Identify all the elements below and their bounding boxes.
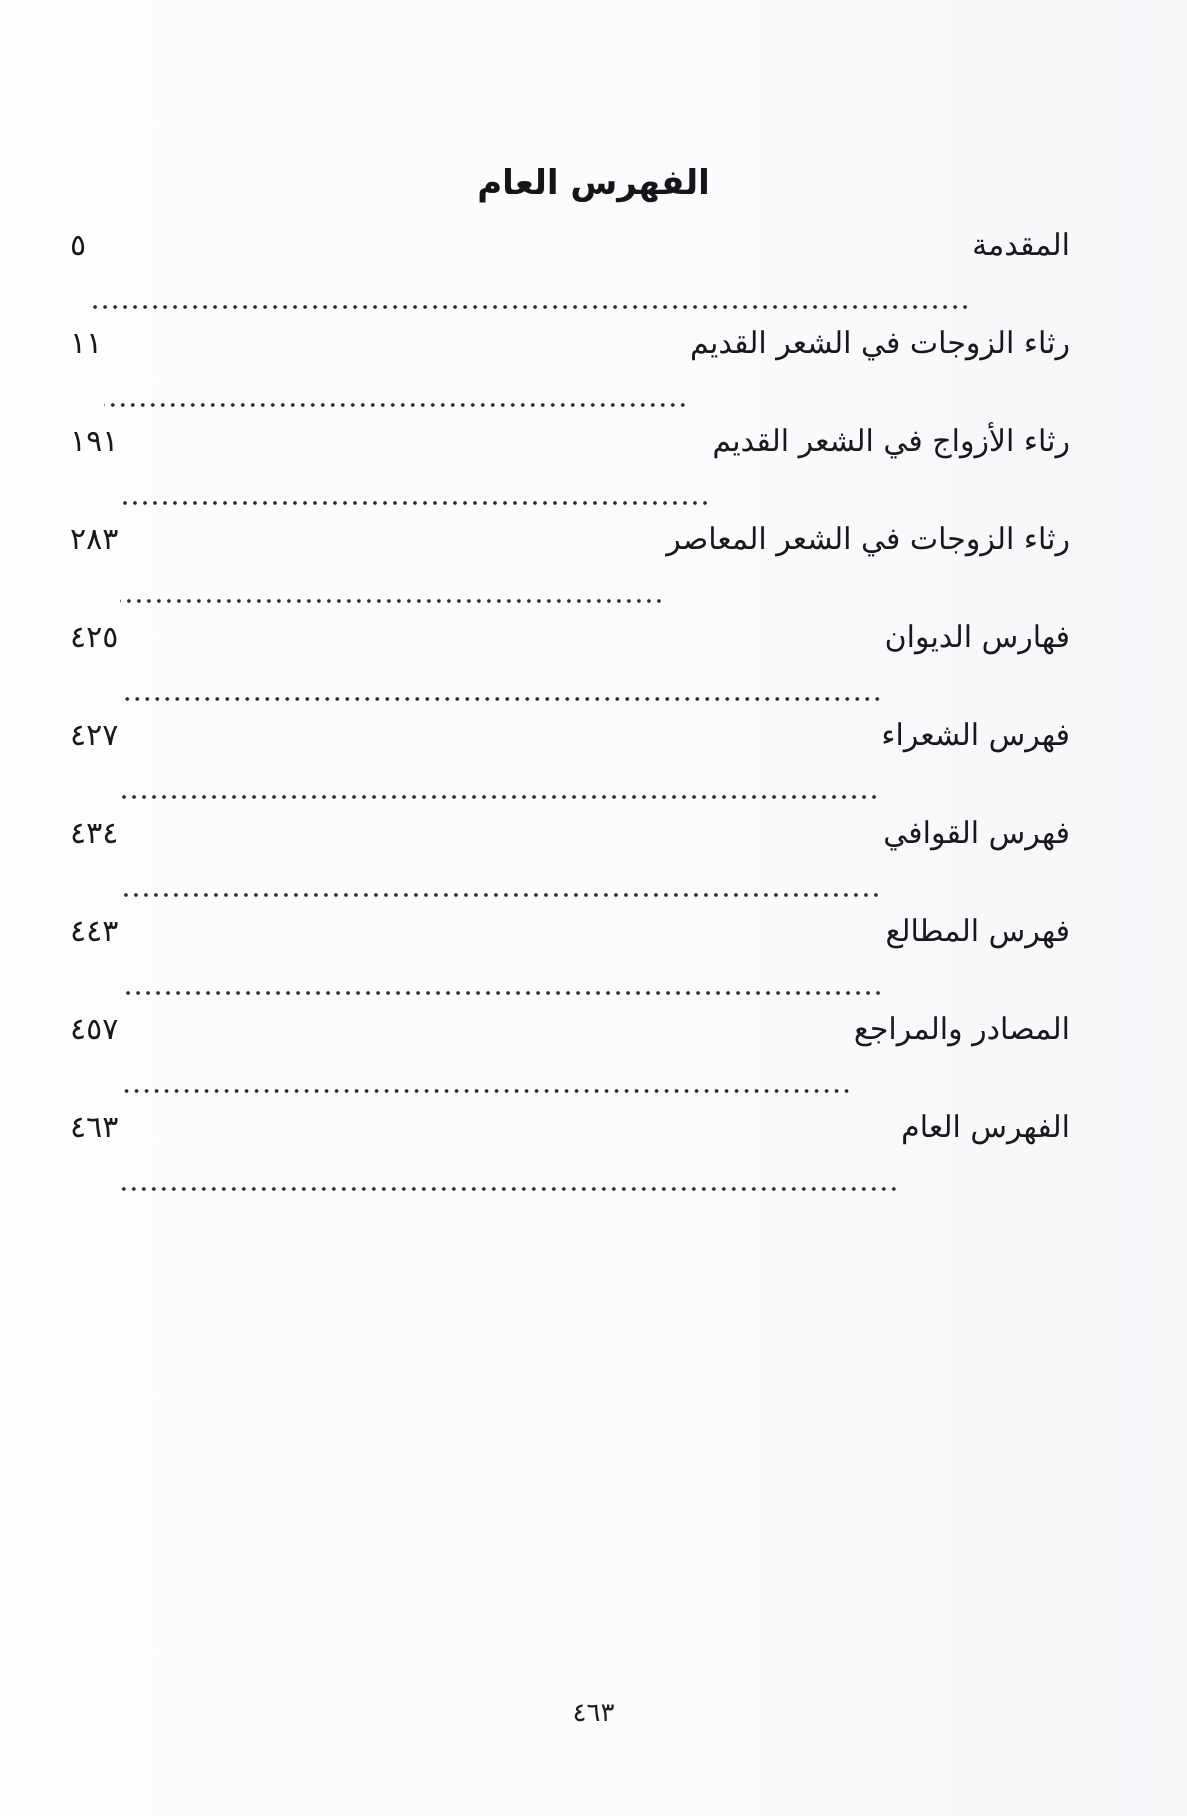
- dot-leader: [120, 576, 664, 606]
- toc-entry[interactable]: رثاء الأزواج في الشعر القديم ١٩١: [70, 424, 1070, 522]
- dot-leader: [120, 968, 883, 998]
- toc-entry-title: فهارس الديوان: [885, 620, 1070, 655]
- toc-entry-page: ٤٢٥: [70, 620, 118, 655]
- dot-leader: [120, 674, 882, 704]
- table-of-contents: المقدمة ٥ رثاء الزوجات في الشعر القديم ١…: [70, 228, 1070, 1208]
- toc-entry[interactable]: المقدمة ٥: [70, 228, 1070, 326]
- page-title: الفهرس العام: [0, 163, 1187, 203]
- page-number: ٤٦٣: [0, 1698, 1187, 1728]
- book-page: الفهرس العام المقدمة ٥ رثاء الزوجات في ا…: [0, 0, 1187, 1816]
- toc-entry-title: المصادر والمراجع: [854, 1012, 1070, 1047]
- toc-entry-title: الفهرس العام: [901, 1110, 1070, 1145]
- dot-leader: [120, 478, 710, 508]
- dot-leader: [120, 1164, 899, 1194]
- dot-leader: [120, 870, 881, 900]
- toc-entry-title: رثاء الزوجات في الشعر القديم: [690, 326, 1070, 361]
- toc-entry-title: رثاء الأزواج في الشعر القديم: [712, 424, 1070, 459]
- toc-entry-page: ٤٣٤: [70, 816, 118, 851]
- toc-entry[interactable]: المصادر والمراجع ٤٥٧: [70, 1012, 1070, 1110]
- toc-entry[interactable]: فهارس الديوان ٤٢٥: [70, 620, 1070, 718]
- toc-entry-page: ١٩١: [70, 424, 118, 459]
- toc-entry[interactable]: فهرس الشعراء ٤٢٧: [70, 718, 1070, 816]
- toc-entry-title: المقدمة: [972, 228, 1070, 263]
- dot-leader: [104, 380, 688, 410]
- toc-entry-page: ٤٢٧: [70, 718, 118, 753]
- toc-entry-page: ٢٨٣: [70, 522, 118, 557]
- toc-entry[interactable]: فهرس القوافي ٤٣٤: [70, 816, 1070, 914]
- toc-entry[interactable]: الفهرس العام ٤٦٣: [70, 1110, 1070, 1208]
- dot-leader: [120, 772, 879, 802]
- toc-entry-title: فهرس القوافي: [883, 816, 1070, 851]
- toc-entry-title: فهرس الشعراء: [881, 718, 1070, 753]
- toc-entry[interactable]: رثاء الزوجات في الشعر القديم ١١: [70, 326, 1070, 424]
- toc-entry-page: ٤٤٣: [70, 914, 118, 949]
- toc-entry[interactable]: فهرس المطالع ٤٤٣: [70, 914, 1070, 1012]
- toc-entry-page: ٤٦٣: [70, 1110, 118, 1145]
- toc-entry-title: رثاء الزوجات في الشعر المعاصر: [666, 522, 1070, 557]
- dot-leader: [92, 282, 970, 312]
- toc-entry-page: ١١: [70, 326, 102, 361]
- dot-leader: [120, 1066, 852, 1096]
- toc-entry-title: فهرس المطالع: [885, 914, 1070, 949]
- toc-entry-page: ٥: [70, 228, 90, 263]
- toc-entry-page: ٤٥٧: [70, 1012, 118, 1047]
- toc-entry[interactable]: رثاء الزوجات في الشعر المعاصر ٢٨٣: [70, 522, 1070, 620]
